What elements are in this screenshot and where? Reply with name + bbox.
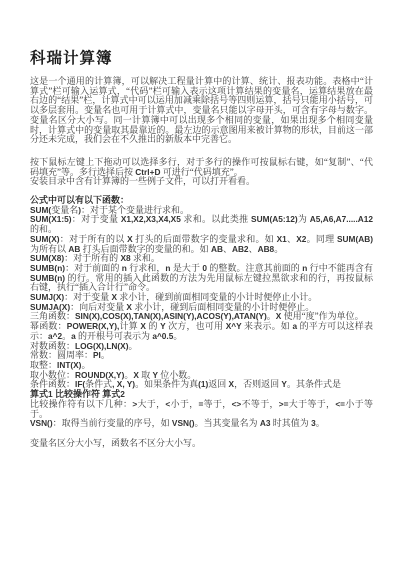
fn-power: 幂函数：POWER(X,Y),计算 X 的 Y 次方，也可用 X^Y 来表示。如… [30,322,373,341]
latin-fragment: Y [158,321,168,331]
text-fragment: 求小计，碰到前面相同变量的小计时便停止小计。 [119,292,317,302]
text-fragment: 、 [223,244,232,254]
latin-fragment: <> [232,399,242,409]
latin-fragment: X [138,321,149,331]
text-fragment: 三角函数： [30,311,75,321]
text-fragment: 等于， [203,399,231,409]
latin-fragment: SUM(AB) [334,234,373,244]
latin-fragment: SUM(A5:12) [248,214,297,224]
text-fragment: ：对于变量 [72,214,119,224]
text-fragment: 。 [128,341,137,351]
text-fragment: ：对于所有的以 [60,234,125,244]
text-fragment: 。 [267,311,276,321]
text-fragment: 的和。 [30,224,57,234]
latin-fragment: SUM(X8) [30,253,64,263]
selection-tip-line: 按下鼠标左键上下拖动可以选择多行，对于多行的操作可按鼠标右键，如“复制”、“代码… [30,158,373,177]
latin-fragment: PI [93,350,101,360]
text-fragment: 行求和， [129,263,165,273]
text-fragment: 的 [148,321,157,331]
text-fragment: 这是一个通用的计算簿，可以解决工程量计算中的计算、统计、报表功能。表格中“计算式… [30,76,373,144]
text-fragment: 不等于， [241,399,279,409]
text-fragment: 来表示。如 [244,321,290,331]
text-fragment: 。 [173,331,182,341]
operators-line: 比较操作符有以下几种：>大于，<小于，=等于，<>不等于，>=大于等于，<=小于… [30,400,373,419]
latin-fragment: n [119,263,129,273]
text-fragment: 返回 [208,379,226,389]
latin-fragment: a [71,331,78,341]
text-fragment: ：对于所有的 [64,253,118,263]
text-fragment: ：取得当前行变量的序号，如 [53,418,170,428]
text-fragment: 。 [62,331,71,341]
latin-fragment: A5,A6,A7.....A12 [307,214,373,224]
text-fragment: 变量名区分大小写，函数名不区分大小写。 [30,438,201,448]
latin-fragment: X8 [118,253,133,263]
text-fragment: 算式 [30,389,48,399]
text-fragment: 幂函数： [30,321,67,331]
latin-fragment: 2 [120,389,125,399]
text-fragment: 。 [274,244,283,254]
latin-fragment: SUM(X1:5) [30,214,72,224]
text-fragment: 求和。 [133,253,160,263]
latin-fragment: X [276,311,284,321]
text-fragment: 次方，也可用 [168,321,223,331]
text-fragment: ：对于变量 [64,292,109,302]
latin-fragment: VSN() [30,418,53,428]
text-fragment: 行中不能再含有 [310,263,373,273]
latin-fragment: SUM(X) [30,234,60,244]
text-fragment: 常数：圆周率： [30,350,93,360]
latin-fragment: X1,X2,X3,X4,X5 [118,214,183,224]
latin-fragment: 0 [200,263,209,273]
latin-fragment: VSN() [170,418,195,428]
text-fragment: 为 [298,214,308,224]
text-fragment: 时其值为 [273,418,309,428]
document-title: 科瑞计算簿 [30,50,373,68]
text-fragment: 。其条件式是 [287,379,341,389]
latin-fragment: SUMJ(X) [30,292,64,302]
latin-fragment: A3 [258,418,273,428]
case-note-line: 变量名区分大小写，函数名不区分大小写。 [30,439,373,449]
text-fragment: 的整数。注意其前面的 [209,263,300,273]
latin-fragment: IF( [75,379,85,389]
text-fragment: 是大于 [173,263,200,273]
text-fragment: 。当其变量名为 [195,418,258,428]
latin-fragment: n [165,263,172,273]
document-body: 这是一个通用的计算簿，可以解决工程量计算中的计算、统计、报表功能。表格中“计算式… [30,77,373,449]
text-fragment: 取整： [30,360,57,370]
latin-fragment: a^2 [48,331,62,341]
text-fragment: 、 [287,234,297,244]
latin-fragment: >= [279,399,289,409]
latin-fragment: X1 [274,234,287,244]
text-fragment: 。 [316,418,325,428]
text-fragment: 大于等于， [289,399,336,409]
text-fragment: 。 [101,350,110,360]
text-fragment: 的开根号可表示为 [78,331,150,341]
text-fragment: 比较操作符 [55,389,100,399]
text-fragment: 安装目录中含有计算簿的一些例子文件，可以打开看看。 [30,176,255,186]
text-fragment: 。 [81,360,90,370]
latin-fragment: <= [335,399,345,409]
latin-fragment: Y [279,379,287,389]
text-fragment: ：对于前面的 [65,263,119,273]
latin-fragment: AB8 [258,244,275,254]
text-fragment: 打头的后面带数字的变量求和。如 [135,234,274,244]
intro-paragraph: 这是一个通用的计算簿，可以解决工程量计算中的计算、统计、报表功能。表格中“计算式… [30,77,373,145]
latin-fragment: SUMB(n) [30,263,65,273]
text-fragment: 算式 [102,389,120,399]
fn-vsn: VSN()：取得当前行变量的序号，如 VSN()。当其变量名为 A3 时其值为 … [30,419,373,429]
text-fragment: 计算 [119,321,138,331]
latin-fragment: INT(X) [57,360,81,370]
latin-fragment: X^Y [223,321,244,331]
fn-sum-prefix: SUM(X)：对于所有的以 X 打头的后面带数字的变量求和。如 X1、X2。同理… [30,235,373,254]
text-fragment: 大于， [137,399,165,409]
latin-fragment: 1 [48,389,55,399]
latin-fragment: AB [209,244,223,254]
latin-fragment: a [290,321,300,331]
latin-fragment: , X, Y) [112,379,135,389]
text-fragment: 比较操作符有以下几种： [30,399,132,409]
latin-fragment: a^0.5 [150,331,173,341]
text-fragment: 。同理 [306,234,334,244]
latin-fragment: n [300,263,310,273]
text-fragment: 。如果条件为真 [135,379,198,389]
text-fragment: 小于， [170,399,198,409]
latin-fragment: SIN(X),COS(X),TAN(X),ASIN(Y),ACOS(Y),ATA… [75,311,267,321]
latin-fragment: (1) [198,379,208,389]
fn-sumb: SUMB(n)：对于前面的 n 行求和，n 是大于 0 的整数。注意其前面的 n… [30,264,373,293]
latin-fragment: X [226,379,234,389]
latin-fragment: POWER(X,Y), [67,321,120,331]
document-page: 科瑞计算簿 这是一个通用的计算簿，可以解决工程量计算中的计算、统计、报表功能。表… [0,0,400,565]
latin-fragment: 3 [309,418,316,428]
fn-sum-range: SUM(X1:5)：对于变量 X1,X2,X3,X4,X5 求和。以此类推 SU… [30,215,373,234]
text-fragment: 条件函数： [30,379,75,389]
text-fragment: 的行。常用的插入此函数的方法为先用鼠标左键拉黑欲求和的行，再按鼠标右键，执行“插… [30,273,373,293]
latin-fragment: X [109,292,119,302]
text-fragment: ，否则返回 [234,379,279,389]
latin-fragment: X2 [296,234,306,244]
examples-tip-line: 安装目录中含有计算簿的一些例子文件，可以打开看看。 [30,177,373,187]
text-fragment: 公式中可以有以下函数： [30,195,129,205]
text-fragment: 条件式 [85,379,112,389]
latin-fragment: X [125,234,136,244]
text-fragment: 求和。以此类推 [183,214,248,224]
text-fragment: 使用“度”作为单位。 [284,311,364,321]
latin-fragment: AB2 [232,244,249,254]
text-fragment: 、 [249,244,258,254]
document-content: 科瑞计算簿 这是一个通用的计算簿，可以解决工程量计算中的计算、统计、报表功能。表… [30,50,373,449]
